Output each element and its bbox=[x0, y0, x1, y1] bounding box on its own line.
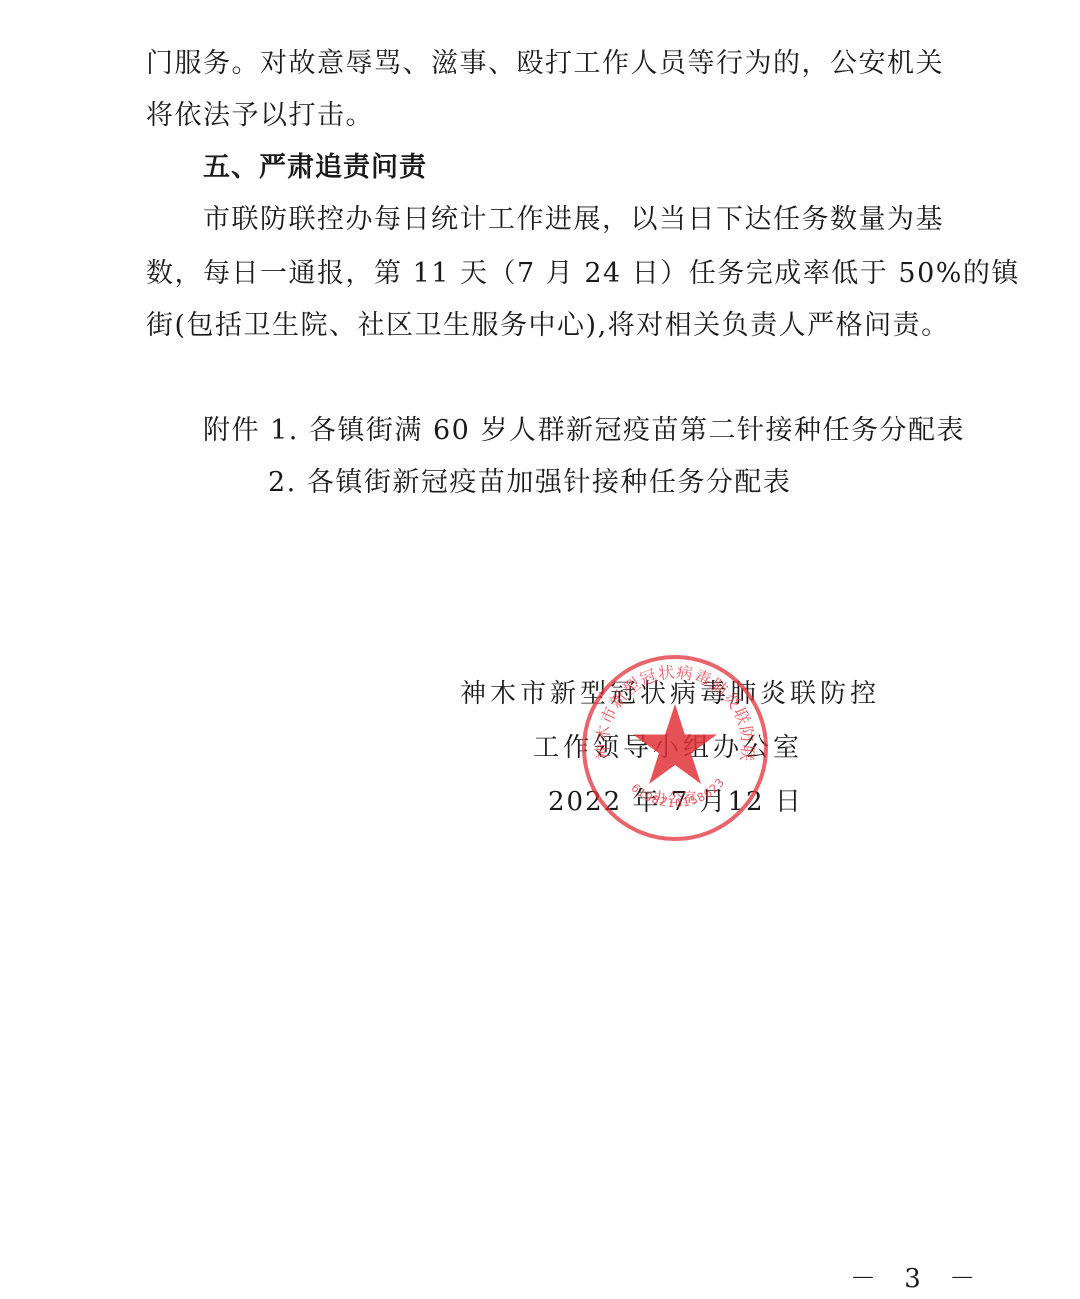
signature-org-line2: 工作领导小组办公室 bbox=[533, 728, 803, 768]
body-text-line: 将依法予以打击。 bbox=[146, 96, 374, 136]
body-text-line: 街(包括卫生院、社区卫生服务中心),将对相关负责人严格问责。 bbox=[146, 306, 950, 346]
section-heading: 五、严肃追责问责 bbox=[203, 148, 427, 188]
page-number: － 3 － bbox=[850, 1258, 985, 1295]
signature-date: 2022 年 7 月12 日 bbox=[548, 782, 803, 822]
signature-org-line1: 神木市新型冠状病毒肺炎联防控 bbox=[460, 674, 880, 714]
body-text-line: 数，每日一通报，第 11 天（7 月 24 日）任务完成率低于 50%的镇 bbox=[146, 254, 1020, 294]
body-text-line: 市联防联控办每日统计工作进展，以当日下达任务数量为基 bbox=[203, 200, 944, 240]
attachment-item-2: 2. 各镇街新冠疫苗加强针接种任务分配表 bbox=[268, 463, 791, 503]
attachment-item-1: 附件 1. 各镇街满 60 岁人群新冠疫苗第二针接种任务分配表 bbox=[203, 411, 965, 451]
body-text-line: 门服务。对故意辱骂、滋事、殴打工作人员等行为的，公安机关 bbox=[146, 44, 944, 84]
